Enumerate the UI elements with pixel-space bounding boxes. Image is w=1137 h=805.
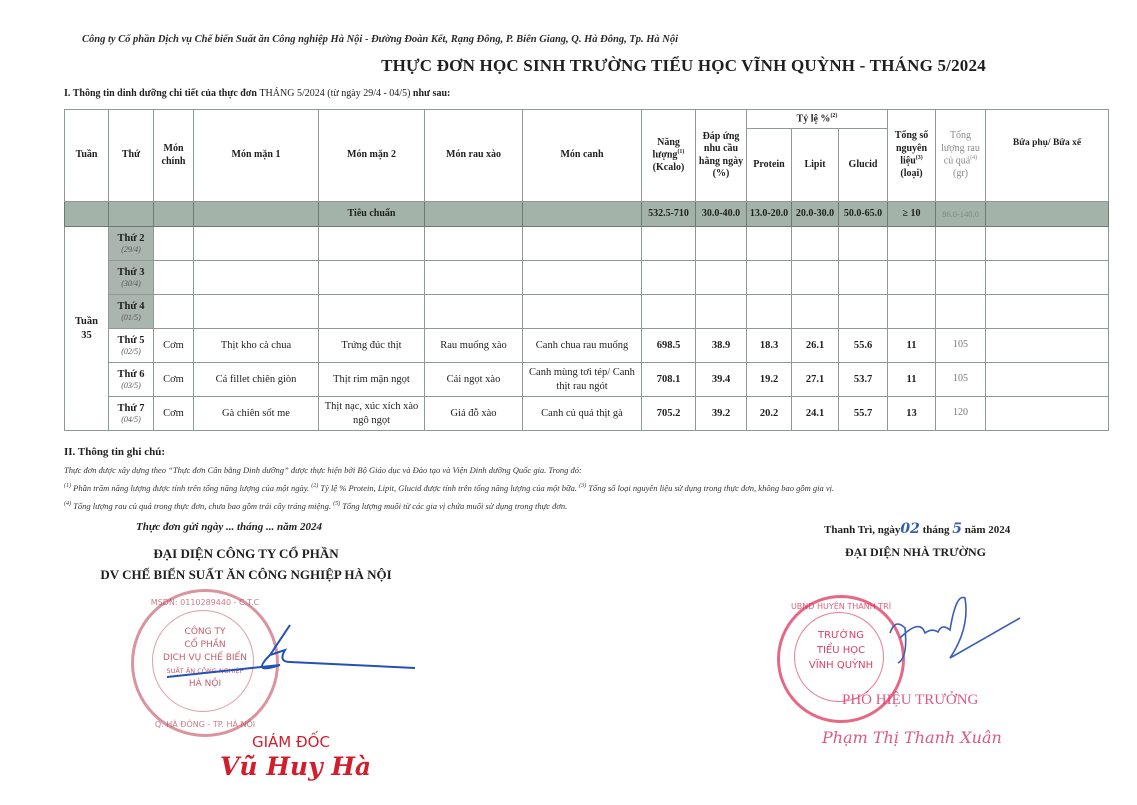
vice-principal-title: PHÓ HIỆU TRƯỞNG (842, 692, 978, 709)
day-cell: Thứ 7(04/5) (109, 397, 154, 431)
day-cell: Thứ 6(03/5) (109, 363, 154, 397)
table-row: Thứ 5(02/5)CơmThịt kho cà chuaTrứng đúc … (65, 329, 1109, 363)
cell-snack (986, 329, 1109, 363)
day-name: Thứ 6 (117, 369, 144, 380)
standard-veg-total: 86.0-140.0 (936, 202, 986, 227)
company-representative: ĐẠI DIỆN CÔNG TY CỔ PHẦN DV CHẾ BIẾN SUẤ… (76, 543, 416, 585)
cell-veg-total: 105 (936, 363, 986, 397)
cell-glucid: 55.6 (839, 329, 888, 363)
section-1-heading: I. Thông tin dinh dưỡng chi tiết của thự… (64, 88, 450, 99)
cell-stirfry (425, 295, 523, 329)
note-intro: Thực đơn được xây dựng theo “Thực đơn Câ… (64, 465, 582, 475)
cell-soup (523, 295, 642, 329)
director-name: Vũ Huy Hà (220, 752, 371, 781)
day-name: Thứ 7 (117, 403, 144, 414)
cell-ingredients: 11 (888, 363, 936, 397)
cell-soup (523, 261, 642, 295)
cell-lipit (792, 261, 839, 295)
note-1: Phần trăm năng lượng được tính trên tổng… (73, 483, 309, 493)
director-signature-icon (160, 620, 420, 690)
day-date: (02/5) (111, 347, 151, 357)
cell-ingredients: 11 (888, 329, 936, 363)
col-energy-sup: (1) (677, 149, 684, 155)
cell-daily-need (696, 227, 747, 261)
document-title: THỰC ĐƠN HỌC SINH TRƯỜNG TIỂU HỌC VĨNH Q… (0, 56, 1137, 76)
cell-main (154, 227, 194, 261)
school-date-day: 02 (900, 521, 919, 537)
note-2-sup: (2) (311, 483, 318, 489)
company-stamp-ring-bottom: Q. HÀ ĐÔNG - TP. HÀ NỘI (134, 720, 276, 729)
cell-savory2 (319, 227, 425, 261)
cell-energy (642, 261, 696, 295)
day-cell: Thứ 3(30/4) (109, 261, 154, 295)
table-row: Thứ 3(30/4) (65, 261, 1109, 295)
cell-savory2 (319, 295, 425, 329)
note-4: Tổng lượng rau củ quả trong thực đơn, ch… (73, 501, 331, 511)
cell-savory2: Thịt rim mặn ngọt (319, 363, 425, 397)
cell-energy: 698.5 (642, 329, 696, 363)
company-stamp-ring-top: MSDN: 0110289440 - C.T.C (134, 598, 276, 607)
col-daily-need-label: Đáp ứng nhu cầu hằng ngày (699, 131, 743, 167)
cell-energy (642, 227, 696, 261)
note-3-sup: (3) (579, 483, 586, 489)
day-date: (01/5) (111, 313, 151, 323)
cell-energy: 705.2 (642, 397, 696, 431)
col-snack: Bữa phụ/ Bữa xế (986, 110, 1109, 202)
col-energy-label: Năng lượng (653, 137, 680, 161)
cell-savory1: Gà chiên sốt me (194, 397, 319, 431)
cell-protein (747, 227, 792, 261)
cell-soup: Canh củ quả thịt gà (523, 397, 642, 431)
cell-daily-need: 39.4 (696, 363, 747, 397)
col-week: Tuần (65, 110, 109, 202)
cell-ingredients: 13 (888, 397, 936, 431)
school-sign-date: Thanh Trì, ngày02 tháng 5 năm 2024 (824, 521, 1010, 537)
table-row: Thứ 7(04/5)CơmGà chiên sốt meThịt nạc, x… (65, 397, 1109, 431)
col-veg-total: Tổng lượng rau củ quả(4) (gr) (936, 110, 986, 202)
day-cell: Thứ 5(02/5) (109, 329, 154, 363)
day-name: Thứ 3 (117, 267, 144, 278)
standard-glucid: 50.0-65.0 (839, 202, 888, 227)
cell-energy (642, 295, 696, 329)
school-date-prefix: Thanh Trì, ngày (824, 524, 900, 536)
section-1-tail: như sau: (413, 88, 450, 99)
company-rep-line-2: DV CHẾ BIẾN SUẤT ĂN CÔNG NGHIỆP HÀ NỘI (76, 564, 416, 585)
note-line-2: (1) Phần trăm năng lượng được tính trên … (64, 483, 834, 493)
cell-main (154, 295, 194, 329)
col-veg-total-sup: (4) (970, 155, 977, 161)
cell-soup (523, 227, 642, 261)
day-date: (30/4) (111, 279, 151, 289)
cell-savory1: Thịt kho cà chua (194, 329, 319, 363)
standard-protein: 13.0-20.0 (747, 202, 792, 227)
col-energy-unit: (Kcalo) (653, 162, 685, 173)
section-1-range: (từ ngày 29/4 - 04/5) (327, 88, 410, 99)
col-ratio-group: Tỷ lệ %(2) (747, 110, 888, 129)
cell-stirfry: Cải ngọt xào (425, 363, 523, 397)
day-name: Thứ 5 (117, 335, 144, 346)
cell-ingredients (888, 227, 936, 261)
col-day: Thứ (109, 110, 154, 202)
cell-stirfry (425, 227, 523, 261)
cell-protein: 19.2 (747, 363, 792, 397)
nutrition-menu-table: Tuần Thứ Món chính Món mặn 1 Món mặn 2 M… (64, 109, 1109, 431)
cell-savory1 (194, 261, 319, 295)
cell-daily-need: 39.2 (696, 397, 747, 431)
col-ingredients-label: Tổng số nguyên liệu (895, 130, 929, 166)
cell-savory1: Cá fillet chiên giòn (194, 363, 319, 397)
note-line-3: (4) Tổng lượng rau củ quả trong thực đơn… (64, 501, 567, 511)
col-stirfry: Món rau xào (425, 110, 523, 202)
col-savory2: Món mặn 2 (319, 110, 425, 202)
cell-soup: Canh mùng tơi tép/ Canh thịt rau ngót (523, 363, 642, 397)
cell-savory2: Trứng đúc thịt (319, 329, 425, 363)
cell-glucid: 53.7 (839, 363, 888, 397)
col-daily-need: Đáp ứng nhu cầu hằng ngày (%) (696, 110, 747, 202)
cell-main: Cơm (154, 397, 194, 431)
note-2: Tỷ lệ % Protein, Lipit, Glucid được tính… (320, 483, 577, 493)
cell-daily-need (696, 295, 747, 329)
day-cell: Thứ 4(01/5) (109, 295, 154, 329)
col-ingredients-unit: (loại) (900, 168, 922, 179)
school-date-month-prefix: tháng (923, 524, 950, 536)
cell-stirfry: Rau muống xào (425, 329, 523, 363)
note-5: Tổng lượng muối từ các gia vị chứa muối … (342, 501, 567, 511)
standard-ingredients: ≥ 10 (888, 202, 936, 227)
cell-protein: 18.3 (747, 329, 792, 363)
standard-energy: 532.5-710 (642, 202, 696, 227)
cell-glucid (839, 227, 888, 261)
cell-main (154, 261, 194, 295)
cell-ingredients (888, 295, 936, 329)
school-representative: ĐẠI DIỆN NHÀ TRƯỜNG (845, 545, 986, 560)
cell-glucid: 55.7 (839, 397, 888, 431)
col-ingredients: Tổng số nguyên liệu(3) (loại) (888, 110, 936, 202)
cell-veg-total (936, 227, 986, 261)
school-date-month: 5 (952, 521, 962, 537)
director-title: GIÁM ĐỐC (252, 733, 330, 751)
cell-stirfry: Giá đỗ xào (425, 397, 523, 431)
cell-lipit: 27.1 (792, 363, 839, 397)
note-1-sup: (1) (64, 483, 71, 489)
note-4-sup: (4) (64, 501, 71, 507)
cell-veg-total: 105 (936, 329, 986, 363)
company-rep-line-1: ĐẠI DIỆN CÔNG TY CỔ PHẦN (76, 543, 416, 564)
section-1-month: THÁNG 5/2024 (259, 88, 324, 99)
table-row: Thứ 6(03/5)CơmCá fillet chiên giònThịt r… (65, 363, 1109, 397)
standard-daily-need: 30.0-40.0 (696, 202, 747, 227)
col-ratio-sup: (2) (830, 113, 837, 119)
cell-snack (986, 261, 1109, 295)
col-ingredients-sup: (3) (916, 155, 923, 161)
cell-savory1 (194, 227, 319, 261)
company-send-date: Thực đơn gửi ngày ... tháng ... năm 2024 (136, 521, 322, 533)
company-address-line: Công ty Cổ phần Dịch vụ Chế biến Suất ăn… (82, 34, 678, 45)
cell-snack (986, 227, 1109, 261)
cell-protein (747, 295, 792, 329)
day-name: Thứ 2 (117, 233, 144, 244)
col-lipit: Lipit (792, 129, 839, 202)
cell-veg-total (936, 295, 986, 329)
cell-savory2: Thịt nạc, xúc xích xào ngô ngọt (319, 397, 425, 431)
week-label: Tuần 35 (65, 227, 109, 431)
cell-protein: 20.2 (747, 397, 792, 431)
day-date: (03/5) (111, 381, 151, 391)
cell-snack (986, 397, 1109, 431)
cell-lipit (792, 227, 839, 261)
school-date-year: năm 2024 (965, 524, 1011, 536)
cell-daily-need (696, 261, 747, 295)
vice-principal-signature-icon (870, 588, 1030, 678)
day-date: (04/5) (111, 415, 151, 425)
cell-lipit (792, 295, 839, 329)
day-name: Thứ 4 (117, 301, 144, 312)
table-row: Tuần 35Thứ 2(29/4) (65, 227, 1109, 261)
cell-veg-total (936, 261, 986, 295)
note-5-sup: (5) (333, 501, 340, 507)
vice-principal-name: Phạm Thị Thanh Xuân (822, 728, 1002, 747)
col-main: Món chính (154, 110, 194, 202)
col-energy: Năng lượng(1) (Kcalo) (642, 110, 696, 202)
standard-row: Tiêu chuẩn 532.5-710 30.0-40.0 13.0-20.0… (65, 202, 1109, 227)
cell-savory2 (319, 261, 425, 295)
cell-stirfry (425, 261, 523, 295)
col-savory1: Món mặn 1 (194, 110, 319, 202)
cell-main: Cơm (154, 329, 194, 363)
standard-label: Tiêu chuẩn (319, 202, 425, 227)
cell-snack (986, 363, 1109, 397)
cell-soup: Canh chua rau muống (523, 329, 642, 363)
table-row: Thứ 4(01/5) (65, 295, 1109, 329)
cell-glucid (839, 261, 888, 295)
col-daily-need-unit: (%) (713, 168, 730, 179)
col-ratio-label: Tỷ lệ % (797, 113, 831, 124)
section-1-label: I. Thông tin dinh dưỡng chi tiết của thự… (64, 88, 257, 99)
col-glucid: Glucid (839, 129, 888, 202)
cell-lipit: 24.1 (792, 397, 839, 431)
col-veg-total-unit: (gr) (953, 168, 968, 179)
cell-daily-need: 38.9 (696, 329, 747, 363)
cell-lipit: 26.1 (792, 329, 839, 363)
col-protein: Protein (747, 129, 792, 202)
note-3: Tổng số loại nguyên liệu sử dụng trong t… (588, 483, 834, 493)
cell-snack (986, 295, 1109, 329)
cell-glucid (839, 295, 888, 329)
section-2-heading: II. Thông tin ghi chú: (64, 446, 165, 458)
cell-savory1 (194, 295, 319, 329)
col-soup: Món canh (523, 110, 642, 202)
cell-protein (747, 261, 792, 295)
cell-ingredients (888, 261, 936, 295)
day-date: (29/4) (111, 245, 151, 255)
cell-main: Cơm (154, 363, 194, 397)
day-cell: Thứ 2(29/4) (109, 227, 154, 261)
cell-veg-total: 120 (936, 397, 986, 431)
cell-energy: 708.1 (642, 363, 696, 397)
standard-lipit: 20.0-30.0 (792, 202, 839, 227)
